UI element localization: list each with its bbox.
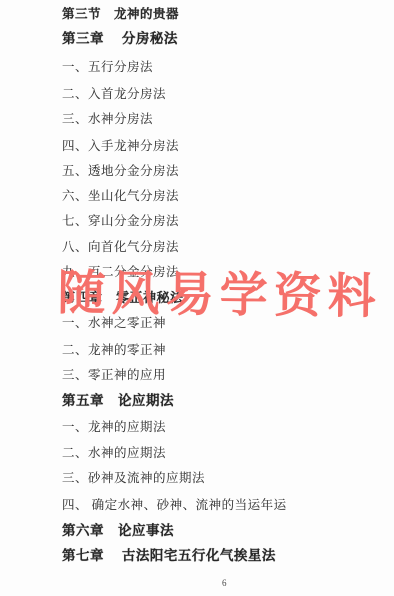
toc-line-20: 第六章 论应事法	[62, 524, 174, 538]
toc-line-17: 二、水神的应期法	[62, 447, 166, 460]
toc-line-19: 四、 确定水神、砂神、流神的当运年运	[62, 499, 287, 512]
toc-line-2: 一、五行分房法	[62, 61, 153, 74]
toc-line-16: 一、龙神的应期法	[62, 421, 166, 434]
toc-line-5: 四、入手龙神分房法	[62, 140, 179, 153]
watermark-text: 随风易学资料	[57, 268, 382, 325]
toc-line-7: 六、坐山化气分房法	[62, 190, 179, 203]
scanned-document-page: 第三节 龙神的贵器第三章 分房秘法一、五行分房法二、入首龙分房法三、水神分房法四…	[0, 0, 394, 596]
toc-line-14: 三、零正神的应用	[62, 369, 166, 382]
toc-line-4: 三、水神分房法	[62, 113, 153, 126]
toc-line-6: 五、透地分金分房法	[62, 165, 179, 178]
toc-line-15: 第五章 论应期法	[62, 394, 174, 408]
toc-line-9: 八、向首化气分房法	[62, 241, 179, 254]
toc-line-18: 三、砂神及流神的应期法	[62, 472, 205, 485]
toc-line-0: 第三节 龙神的贵器	[62, 8, 179, 21]
toc-line-3: 二、入首龙分房法	[62, 88, 166, 101]
toc-line-21: 第七章 古法阳宅五行化气挨星法	[62, 549, 276, 563]
toc-line-13: 二、龙神的零正神	[62, 344, 166, 357]
page-number: 6	[222, 578, 227, 588]
toc-line-8: 七、穿山分金分房法	[62, 215, 179, 228]
toc-line-1: 第三章 分房秘法	[62, 32, 178, 46]
